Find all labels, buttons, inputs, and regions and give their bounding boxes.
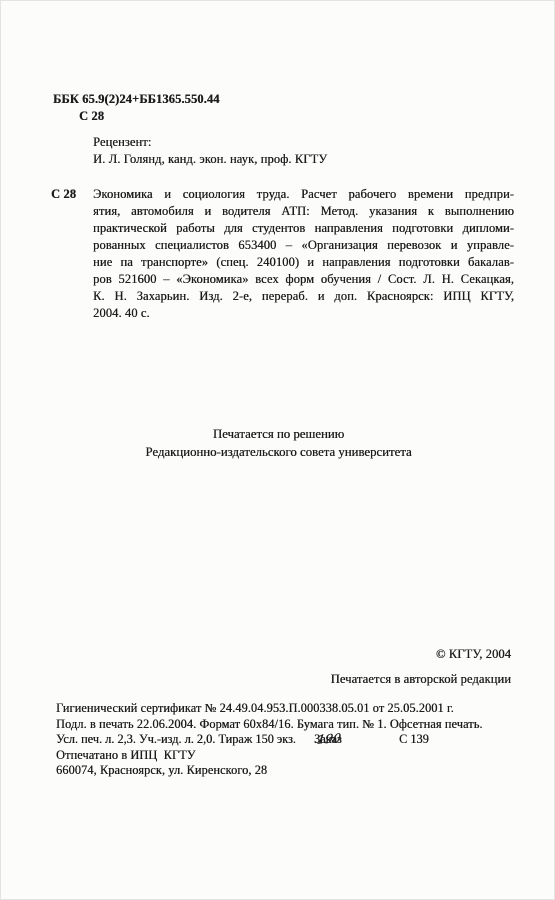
copyright-notice: © КГТУ, 2004 <box>311 646 511 663</box>
volume-order-line: Усл. печ. л. 2,3. Уч.-изд. л. 2,0. Тираж… <box>56 732 516 748</box>
catalog-annotation: Экономика и социология труда. Расчет раб… <box>93 186 514 322</box>
print-code: С 139 <box>399 732 429 748</box>
annotation-line: ров 521600 – «Экономика» всех форм обуче… <box>93 271 514 288</box>
reviewer-label: Рецензент: <box>93 134 151 151</box>
bbk-code: ББК 65.9(2)24+ББ1365.550.44 <box>53 91 220 108</box>
annotation-line: ние па транспорте» (спец. 240100) и напр… <box>93 254 514 271</box>
resolution-line-1: Печатается по решению <box>1 425 555 443</box>
volume-info: Усл. печ. л. 2,3. Уч.-изд. л. 2,0. Тираж… <box>56 732 296 748</box>
annotation-line: Экономика и социология труда. Расчет раб… <box>93 186 514 203</box>
resolution-note: Печатается по решению Редакционно-издате… <box>1 425 555 461</box>
annotation-line: рованных специалистов 653400 – «Организа… <box>93 237 514 254</box>
publisher-address-line: 660074, Красноярск, ул. Киренского, 28 <box>56 763 267 779</box>
order-number-handwritten: 190 <box>316 731 342 748</box>
annotation-line: практической работы для студентов направ… <box>93 220 514 237</box>
resolution-line-2: Редакционно-издательского совета универс… <box>1 443 555 461</box>
annotation-line: 2004. 40 с. <box>93 305 514 322</box>
annotation-line: К. Н. Захарьин. Изд. 2-е, перераб. и доп… <box>93 288 514 305</box>
annotation-index: С 28 <box>51 186 76 203</box>
order-period: . <box>314 732 317 748</box>
hygiene-certificate-line: Гигиенический сертификат № 24.49.04.953.… <box>56 701 454 717</box>
bbk-author-sign: С 28 <box>79 108 104 125</box>
annotation-line: ятия, автомобиля и водителя АТП: Метод. … <box>93 203 514 220</box>
reviewer-name: И. Л. Голянд, канд. экон. наук, проф. КГ… <box>93 151 327 168</box>
book-imprint-page: ББК 65.9(2)24+ББ1365.550.44 С 28 Рецензе… <box>0 0 555 900</box>
author-edition-note: Печатается в авторской редакции <box>271 671 511 688</box>
printed-at-line: Отпечатано в ИПЦ КГТУ <box>56 748 196 764</box>
print-format-line: Подл. в печать 22.06.2004. Формат 60х84/… <box>56 717 483 733</box>
